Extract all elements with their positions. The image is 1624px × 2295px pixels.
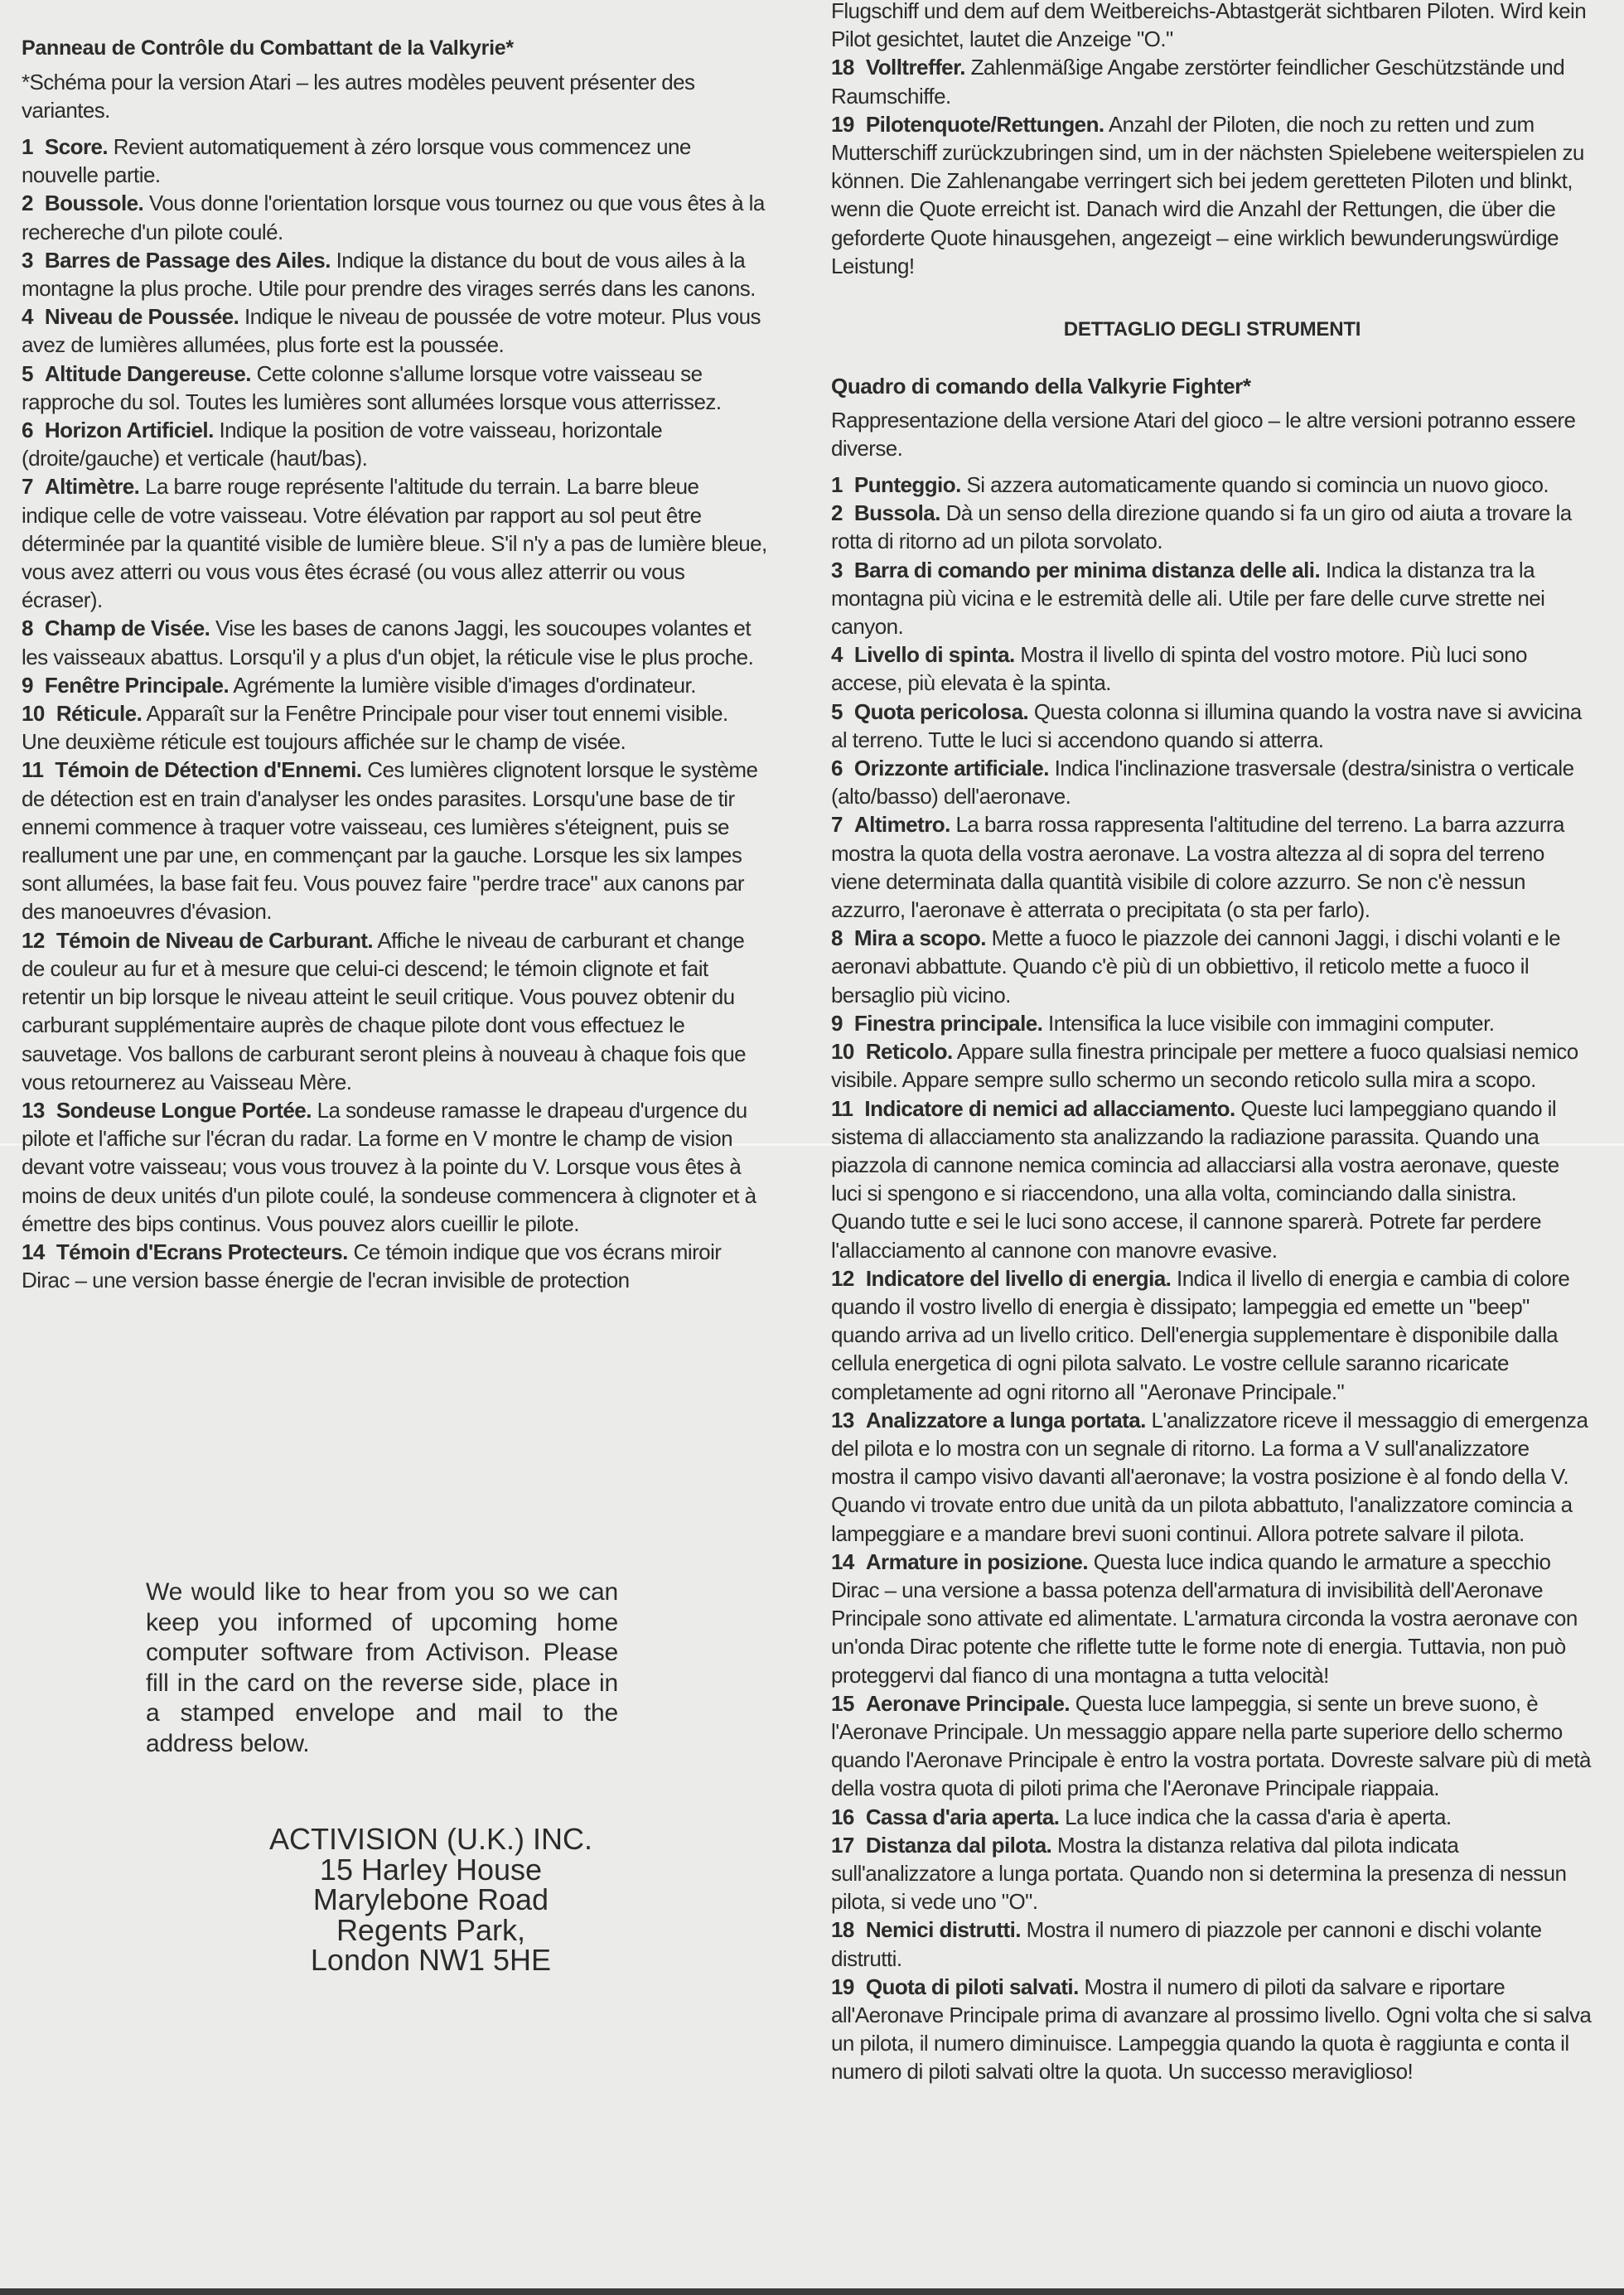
entry-term: Témoin de Détection d'Ennemi. [55,757,361,782]
french-title: Panneau de Contrôle du Combattant de la … [22,33,767,63]
entry-number: 9 [22,673,33,698]
entry-number: 15 [831,1691,854,1716]
address-line: 15 Harley House [133,1855,729,1886]
instrument-entry: 11Indicatore di nemici ad allacciamento.… [831,1094,1593,1264]
instrument-entry: 19Pilotenquote/Rettungen. Anzahl der Pil… [831,110,1593,280]
entry-term: Indicatore del livello di energia. [866,1266,1172,1291]
entry-term: Cassa d'aria aperta. [866,1805,1060,1829]
instrument-entry: 4Livello di spinta. Mostra il livello di… [831,640,1593,697]
entry-number: 6 [22,418,33,442]
entry-number: 5 [831,699,843,724]
entry-number: 13 [22,1098,45,1123]
instrument-entry: 12Témoin de Niveau de Carburant. Affiche… [22,926,767,1096]
entry-number: 1 [22,134,33,159]
french-note: *Schéma pour la version Atari – les autr… [22,68,767,124]
entry-term: Punteggio. [854,472,961,497]
entry-number: 12 [22,928,45,953]
entry-number: 11 [22,757,43,782]
entry-number: 13 [831,1408,854,1433]
entry-description: Dà un senso della direzione quando si fa… [831,500,1572,553]
entry-number: 12 [831,1266,854,1291]
instrument-entry: 13Sondeuse Longue Portée. La sondeuse ra… [22,1096,767,1238]
french-item-list: 1Score. Revient automatiquement à zéro l… [22,133,767,1294]
entry-number: 18 [831,55,854,80]
entry-term: Boussole. [45,191,143,215]
instrument-entry: 17Distanza dal pilota. Mostra la distanz… [831,1831,1593,1916]
mailing-address: ACTIVISION (U.K.) INC. 15 Harley House M… [133,1824,729,1976]
entry-description: La luce indica che la cassa d'aria è ape… [1065,1805,1451,1829]
italian-title: Quadro di comando della Valkyrie Fighter… [831,371,1593,401]
entry-term: Indicatore di nemici ad allacciamento. [864,1096,1235,1121]
entry-term: Sondeuse Longue Portée. [56,1098,312,1123]
entry-number: 11 [831,1096,853,1121]
entry-term: Témoin d'Ecrans Protecteurs. [56,1239,348,1264]
entry-number: 16 [831,1805,854,1829]
french-column: Panneau de Contrôle du Combattant de la … [22,0,767,1294]
entry-term: Reticolo. [866,1039,953,1064]
entry-term: Armature in posizione. [866,1549,1088,1574]
entry-term: Altitude Dangereuse. [45,361,251,386]
entry-number: 9 [831,1011,843,1036]
entry-term: Finestra principale. [854,1011,1042,1036]
instrument-entry: 8Champ de Visée. Vise les bases de canon… [22,614,767,670]
entry-term: Altimetro. [854,812,950,837]
address-line: London NW1 5HE [133,1945,729,1976]
entry-term: Pilotenquote/Rettungen. [866,112,1104,137]
entry-number: 19 [831,112,854,137]
entry-term: Barra di comando per minima distanza del… [854,558,1320,582]
entry-number: 3 [22,248,33,273]
instrument-entry: 18Nemici distrutti. Mostra il numero di … [831,1916,1593,1972]
italian-item-list: 1Punteggio. Si azzera automaticamente qu… [831,471,1593,2086]
instrument-entry: 6Horizon Artificiel. Indique la position… [22,416,767,472]
entry-term: Niveau de Poussée. [45,304,239,329]
page-edge [0,2288,1624,2295]
entry-term: Nemici distrutti. [866,1917,1021,1942]
german-item-list: 18Volltreffer. Zahlenmäßige Angabe zerst… [831,53,1593,280]
italian-note: Rappresentazione della versione Atari de… [831,406,1593,462]
instrument-entry: 14Témoin d'Ecrans Protecteurs. Ce témoin… [22,1238,767,1294]
entry-number: 4 [831,642,843,667]
instrument-entry: 5Altitude Dangereuse. Cette colonne s'al… [22,360,767,416]
entry-number: 18 [831,1917,854,1942]
instrument-entry: 7Altimètre. La barre rouge représente l'… [22,472,767,614]
instrument-entry: 11Témoin de Détection d'Ennemi. Ces lumi… [22,756,767,925]
entry-term: Témoin de Niveau de Carburant. [56,928,373,953]
entry-term: Livello di spinta. [854,642,1015,667]
entry-number: 2 [22,191,33,215]
entry-number: 10 [831,1039,854,1064]
entry-description: Agrémente la lumière visible d'images d'… [233,673,696,698]
instrument-entry: 14Armature in posizione. Questa luce ind… [831,1548,1593,1689]
instrument-entry: 18Volltreffer. Zahlenmäßige Angabe zerst… [831,53,1593,109]
entry-number: 14 [831,1549,854,1574]
instrument-entry: 1Punteggio. Si azzera automaticamente qu… [831,471,1593,499]
german-continuation-text: Flugschiff und dem auf dem Weitbereichs-… [831,0,1593,53]
address-line: ACTIVISION (U.K.) INC. [133,1824,729,1855]
entry-number: 19 [831,1974,854,1999]
entry-term: Altimètre. [45,474,139,499]
entry-description: Ces lumières clignotent lorsque le systè… [22,757,757,924]
entry-number: 4 [22,304,33,329]
entry-term: Quota pericolosa. [854,699,1028,724]
entry-number: 8 [831,925,843,950]
instrument-entry: 1Score. Revient automatiquement à zéro l… [22,133,767,189]
entry-number: 8 [22,616,33,640]
contact-message: We would like to hear from you so we can… [146,1578,618,1759]
entry-number: 5 [22,361,33,386]
entry-term: Orizzonte artificiale. [854,756,1049,780]
instrument-entry: 3Barres de Passage des Ailes. Indique la… [22,246,767,302]
entry-term: Score. [45,134,108,159]
entry-number: 2 [831,500,843,525]
entry-number: 10 [22,701,45,726]
entry-number: 7 [22,474,33,499]
entry-term: Fenêtre Principale. [45,673,229,698]
entry-number: 3 [831,558,843,582]
instrument-entry: 13Analizzatore a lunga portata. L'analiz… [831,1406,1593,1548]
entry-description: Intensifica la luce visibile con immagin… [1048,1011,1494,1036]
instrument-entry: 6Orizzonte artificiale. Indica l'inclina… [831,754,1593,810]
instrument-entry: 10Reticolo. Appare sulla finestra princi… [831,1037,1593,1094]
entry-number: 1 [831,472,843,497]
instrument-entry: 16Cassa d'aria aperta. La luce indica ch… [831,1803,1593,1831]
instrument-entry: 8Mira a scopo. Mette a fuoco le piazzole… [831,924,1593,1009]
instrument-entry: 5Quota pericolosa. Questa colonna si ill… [831,698,1593,754]
entry-term: Distanza dal pilota. [866,1833,1052,1858]
instrument-entry: 4Niveau de Poussée. Indique le niveau de… [22,302,767,359]
instrument-entry: 10Réticule. Apparaît sur la Fenêtre Prin… [22,699,767,756]
entry-description: Si azzera automaticamente quando si comi… [966,472,1549,497]
instrument-entry: 2Boussole. Vous donne l'orientation lors… [22,189,767,245]
instrument-entry: 12Indicatore del livello di energia. Ind… [831,1264,1593,1406]
instrument-entry: 3Barra di comando per minima distanza de… [831,556,1593,641]
entry-number: 6 [831,756,843,780]
entry-number: 7 [831,812,843,837]
instrument-entry: 15Aeronave Principale. Questa luce lampe… [831,1689,1593,1803]
entry-term: Analizzatore a lunga portata. [866,1408,1146,1433]
entry-number: 14 [22,1239,45,1264]
italian-section-heading: DETTAGLIO DEGLI STRUMENTI [831,318,1593,341]
entry-term: Réticule. [56,701,142,726]
entry-term: Bussola. [854,500,940,525]
address-line: Marylebone Road [133,1885,729,1916]
address-line: Regents Park, [133,1916,729,1946]
entry-number: 17 [831,1833,854,1858]
entry-description: Revient automatiquement à zéro lorsque v… [22,134,691,187]
entry-term: Quota di piloti salvati. [866,1974,1079,1999]
entry-term: Aeronave Principale. [866,1691,1070,1716]
entry-term: Horizon Artificiel. [45,418,214,442]
instrument-entry: 2Bussola. Dà un senso della direzione qu… [831,499,1593,555]
right-column: Flugschiff und dem auf dem Weitbereichs-… [831,0,1593,2086]
instrument-entry: 19Quota di piloti salvati. Mostra il num… [831,1973,1593,2086]
instrument-entry: 9Finestra principale. Intensifica la luc… [831,1009,1593,1037]
entry-term: Mira a scopo. [854,925,986,950]
entry-term: Champ de Visée. [45,616,210,640]
entry-term: Volltreffer. [866,55,965,80]
entry-term: Barres de Passage des Ailes. [45,248,331,273]
instrument-entry: 7Altimetro. La barra rossa rappresenta l… [831,810,1593,924]
instrument-entry: 9Fenêtre Principale. Agrémente la lumièr… [22,671,767,699]
